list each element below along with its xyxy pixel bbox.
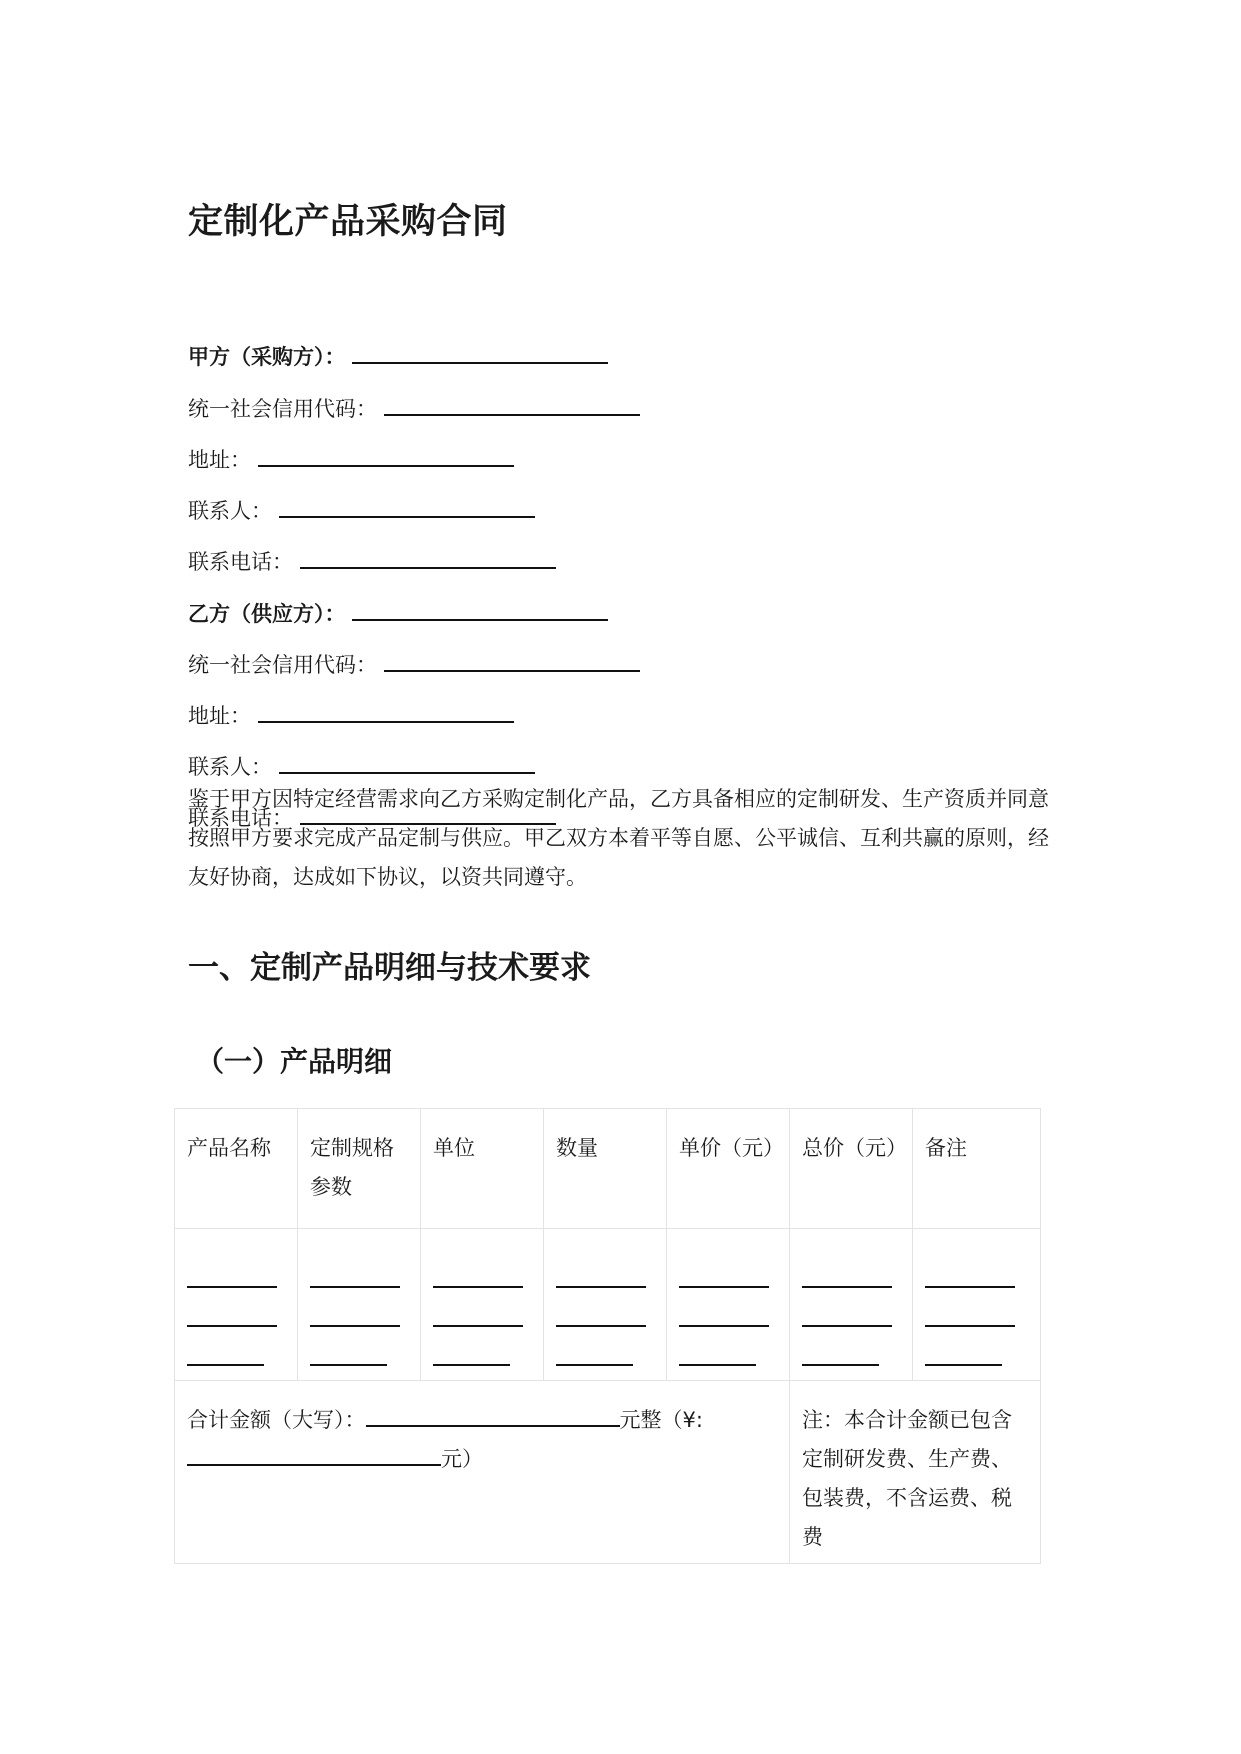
header-total-price: 总价（元） bbox=[790, 1109, 913, 1229]
party-b-credit-code-label: 统一社会信用代码： bbox=[188, 653, 377, 677]
product-details-table: 产品名称 定制规格参数 单位 数量 单价（元） 总价（元） 备注 合计金额（大写… bbox=[174, 1108, 1041, 1564]
party-b-label: 乙方（供应方）： bbox=[188, 602, 346, 626]
total-numeric-blank[interactable] bbox=[187, 1442, 441, 1466]
table-header-row: 产品名称 定制规格参数 单位 数量 单价（元） 总价（元） 备注 bbox=[175, 1109, 1041, 1229]
party-b-contact-blank[interactable] bbox=[279, 750, 535, 774]
header-quantity: 数量 bbox=[544, 1109, 667, 1229]
party-b-contact-line: 联系人： bbox=[188, 750, 535, 783]
party-a-contact-label: 联系人： bbox=[188, 499, 272, 523]
party-a-credit-code-line: 统一社会信用代码： bbox=[188, 392, 640, 425]
header-remarks: 备注 bbox=[913, 1109, 1041, 1229]
header-spec-params: 定制规格参数 bbox=[298, 1109, 421, 1229]
cell-quantity[interactable] bbox=[544, 1229, 667, 1381]
cell-product-name[interactable] bbox=[175, 1229, 298, 1381]
cell-unit-price[interactable] bbox=[667, 1229, 790, 1381]
party-a-phone-label: 联系电话： bbox=[188, 550, 293, 574]
subsection-1-heading: （一）产品明细 bbox=[196, 1040, 392, 1084]
cell-total-price[interactable] bbox=[790, 1229, 913, 1381]
party-b-address-line: 地址： bbox=[188, 699, 514, 732]
contract-page: 定制化产品采购合同 甲方（采购方）： 统一社会信用代码： 地址： 联系人： 联系… bbox=[0, 0, 1241, 1754]
table-row bbox=[175, 1229, 1041, 1381]
party-b-credit-code-line: 统一社会信用代码： bbox=[188, 648, 640, 681]
party-b-line: 乙方（供应方）： bbox=[188, 597, 608, 630]
party-a-line: 甲方（采购方）： bbox=[188, 340, 608, 373]
header-product-name: 产品名称 bbox=[175, 1109, 298, 1229]
party-b-address-label: 地址： bbox=[188, 704, 251, 728]
party-b-credit-code-blank[interactable] bbox=[384, 648, 640, 672]
party-b-contact-label: 联系人： bbox=[188, 755, 272, 779]
cell-remarks[interactable] bbox=[913, 1229, 1041, 1381]
party-a-label: 甲方（采购方）： bbox=[188, 345, 346, 369]
party-a-name-blank[interactable] bbox=[352, 340, 608, 364]
party-a-contact-line: 联系人： bbox=[188, 494, 535, 527]
total-numeric-suffix: 元） bbox=[441, 1447, 483, 1471]
party-a-address-line: 地址： bbox=[188, 443, 514, 476]
total-note-cell: 注：本合计金额已包含定制研发费、生产费、包装费，不含运费、税费 bbox=[790, 1381, 1041, 1564]
total-uppercase-suffix: 元整（¥: bbox=[620, 1408, 703, 1432]
document-title: 定制化产品采购合同 bbox=[188, 196, 508, 248]
total-amount-cell: 合计金额（大写）：元整（¥: 元） bbox=[175, 1381, 790, 1564]
intro-paragraph: 鉴于甲方因特定经营需求向乙方采购定制化产品，乙方具备相应的定制研发、生产资质并同… bbox=[188, 780, 1058, 897]
party-a-address-label: 地址： bbox=[188, 448, 251, 472]
total-uppercase-label: 合计金额（大写）： bbox=[187, 1408, 366, 1432]
party-b-name-blank[interactable] bbox=[352, 597, 608, 621]
table-total-row: 合计金额（大写）：元整（¥: 元） 注：本合计金额已包含定制研发费、生产费、包装… bbox=[175, 1381, 1041, 1564]
header-unit: 单位 bbox=[421, 1109, 544, 1229]
party-a-credit-code-blank[interactable] bbox=[384, 392, 640, 416]
total-uppercase-blank[interactable] bbox=[366, 1403, 620, 1427]
cell-unit[interactable] bbox=[421, 1229, 544, 1381]
party-a-credit-code-label: 统一社会信用代码： bbox=[188, 397, 377, 421]
cell-spec-params[interactable] bbox=[298, 1229, 421, 1381]
party-a-contact-blank[interactable] bbox=[279, 494, 535, 518]
section-1-heading: 一、定制产品明细与技术要求 bbox=[188, 945, 591, 991]
header-unit-price: 单价（元） bbox=[667, 1109, 790, 1229]
party-b-address-blank[interactable] bbox=[258, 699, 514, 723]
party-a-phone-blank[interactable] bbox=[300, 545, 556, 569]
party-a-address-blank[interactable] bbox=[258, 443, 514, 467]
party-a-phone-line: 联系电话： bbox=[188, 545, 556, 578]
